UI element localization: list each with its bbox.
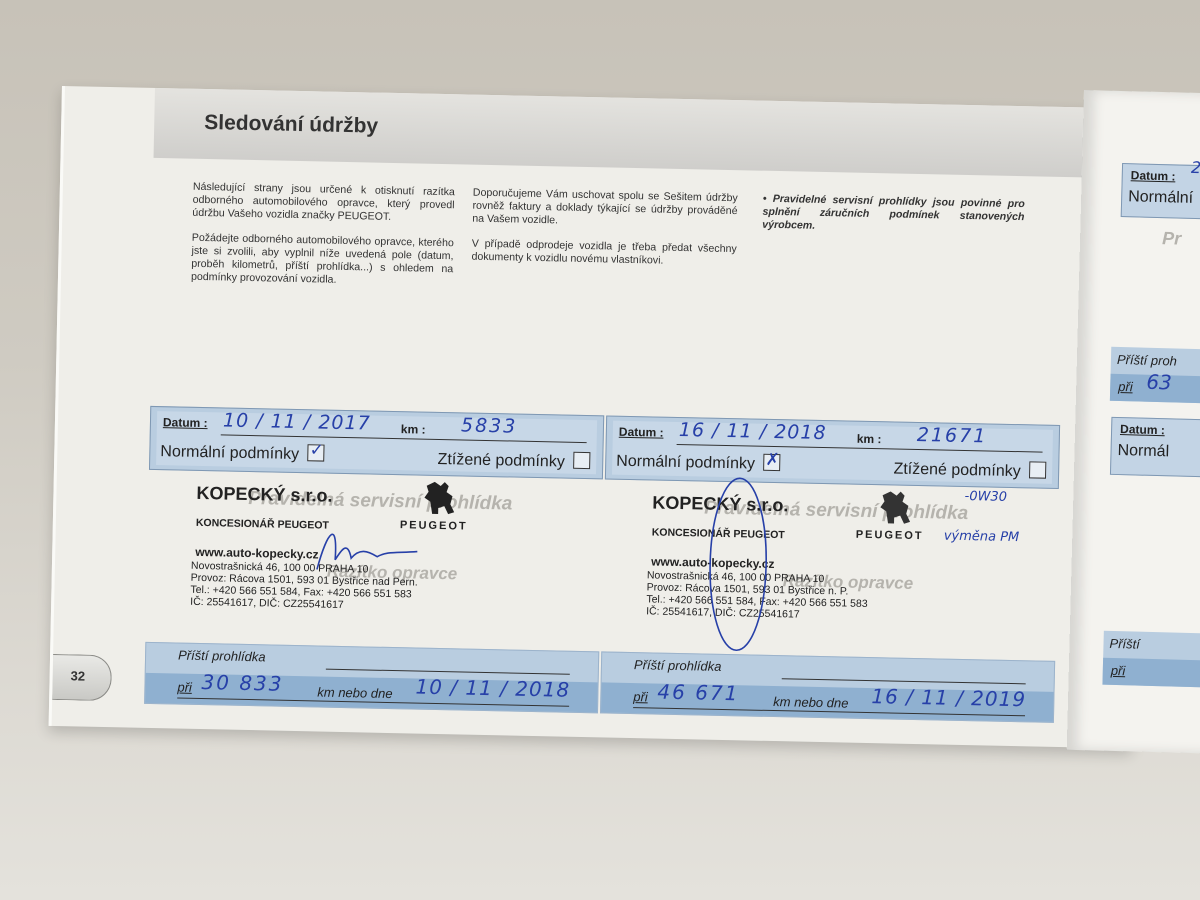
next-inspection-label: Příští prohlídka	[634, 657, 722, 674]
page-number-tab: 32	[52, 654, 112, 701]
intro-column-2: Doporučujeme Vám uschovat spolu se Sešit…	[471, 187, 738, 282]
km-or-date-label: km nebo dne	[773, 694, 848, 711]
cross-mark-icon: ✗	[765, 450, 780, 470]
handwritten-date: 16 / 11 / 2018	[679, 419, 827, 444]
hard-conditions-checkbox[interactable]	[1029, 461, 1046, 478]
dealer-name: KOPECKÝ s.r.o.	[196, 483, 332, 507]
service-booklet-page: Sledování údržby Následující strany jsou…	[49, 86, 1145, 749]
handwritten-next-date: 16 / 11 / 2019	[871, 684, 1026, 711]
peugeot-brand: PEUGEOT	[856, 529, 924, 542]
handwritten-next-km: 46 671	[657, 680, 739, 706]
datum-label: Datum :	[1120, 422, 1165, 437]
dealer-website: www.auto-kopecky.cz	[195, 545, 319, 562]
next-inspection-label: Příští prohlídka	[178, 648, 266, 665]
header-band: Sledování údržby	[154, 88, 1145, 179]
handwritten-date: 10 / 11 / 2017	[223, 409, 371, 434]
page-title: Sledování údržby	[204, 111, 378, 139]
normal-conditions: Normální podmínky ✓	[160, 441, 325, 464]
record-header: Datum : Normál	[1110, 417, 1200, 478]
at-label: při	[1118, 379, 1133, 394]
datum-label: Datum :	[619, 425, 664, 440]
service-record-1: Datum : 10 / 11 / 2017 km : 5833 Normáln…	[144, 406, 602, 715]
intro-paragraph: V případě odprodeje vozidla je třeba pře…	[471, 238, 736, 270]
stamp-area: Pravidelná servisní prohlídka Razítko op…	[145, 472, 600, 651]
at-label: při	[177, 680, 192, 695]
next-inspection-box: Příští prohlídka při 30 833 km nebo dne …	[144, 642, 599, 713]
next-inspection-box: Příští prohlídka při 46 671 km nebo dne …	[600, 651, 1055, 722]
hard-conditions: Ztížené podmínky	[893, 459, 1046, 482]
datum-label: Datum :	[1131, 168, 1176, 183]
printed-bg-title: Pr	[1162, 228, 1182, 249]
record-header: Datum : 16 / 11 / 2018 km : 21671 Normál…	[605, 415, 1060, 488]
intro-paragraph: Požádejte odborného automobilového oprav…	[191, 232, 454, 289]
page-number: 32	[70, 668, 85, 683]
handwritten-note: výměna PM	[944, 529, 1020, 546]
hard-conditions-label: Ztížené podmínky	[893, 461, 1021, 481]
normal-conditions-label: Normální podmínky	[616, 453, 755, 473]
normal-conditions-checkbox[interactable]: ✗	[763, 454, 780, 471]
handwritten-next-km: 30 833	[201, 670, 283, 696]
handwritten-next-km: 63	[1146, 370, 1172, 395]
next-inspection-label: Příští proh	[1117, 352, 1177, 369]
handwritten-km: 5833	[461, 414, 518, 437]
intro-paragraph: Následující strany jsou určené k otisknu…	[192, 181, 455, 225]
normal-conditions-label: Normální	[1128, 188, 1193, 208]
peugeot-lion-icon	[418, 478, 463, 517]
record-header: Datum : 10 / 11 / 2017 km : 5833 Normáln…	[149, 406, 604, 479]
stamp-area: Pravidelná servisní prohlídka Razítko op…	[601, 481, 1056, 660]
warranty-note: • Pravidelné servisní prohlídky jsou pov…	[762, 193, 1025, 237]
intro-paragraph: Doporučujeme Vám uschovat spolu se Sešit…	[472, 187, 738, 232]
km-or-date-label: km nebo dne	[317, 684, 392, 701]
at-label: při	[633, 689, 648, 704]
km-label: km :	[857, 432, 882, 447]
normal-conditions-label: Normální podmínky	[160, 443, 299, 463]
datum-label: Datum :	[163, 415, 208, 430]
intro-column-1: Následující strany jsou určené k otisknu…	[191, 181, 455, 301]
peugeot-lion-icon	[874, 487, 919, 526]
signature	[307, 519, 428, 581]
service-record-2: Datum : 16 / 11 / 2018 km : 21671 Normál…	[600, 415, 1058, 724]
handwritten-date: 28	[1191, 158, 1200, 178]
handwritten-next-date: 10 / 11 / 2018	[415, 675, 570, 702]
at-label: při	[1111, 663, 1126, 678]
signature	[701, 474, 775, 655]
normal-conditions-checkbox[interactable]: ✓	[307, 444, 324, 461]
facing-page: Datum : 28 Normální Pr Příští proh při 6…	[1067, 90, 1200, 753]
record-header: Datum : 28 Normální	[1121, 163, 1200, 220]
km-label: km :	[401, 422, 426, 437]
next-inspection-box: Příští proh při 63	[1110, 347, 1200, 404]
handwritten-note: -0W30	[964, 489, 1007, 505]
next-inspection-label: Příští	[1109, 636, 1140, 652]
next-inspection-box: Příští při	[1102, 631, 1200, 688]
normal-conditions-label: Normál	[1117, 442, 1169, 461]
intro-column-3: • Pravidelné servisní prohlídky jsou pov…	[762, 193, 1025, 249]
hard-conditions-checkbox[interactable]	[573, 452, 590, 469]
normal-conditions: Normální podmínky ✗	[616, 451, 781, 474]
handwritten-km: 21671	[917, 424, 988, 447]
hard-conditions: Ztížené podmínky	[437, 449, 590, 472]
hard-conditions-label: Ztížené podmínky	[437, 451, 564, 471]
check-mark-icon: ✓	[309, 440, 324, 460]
